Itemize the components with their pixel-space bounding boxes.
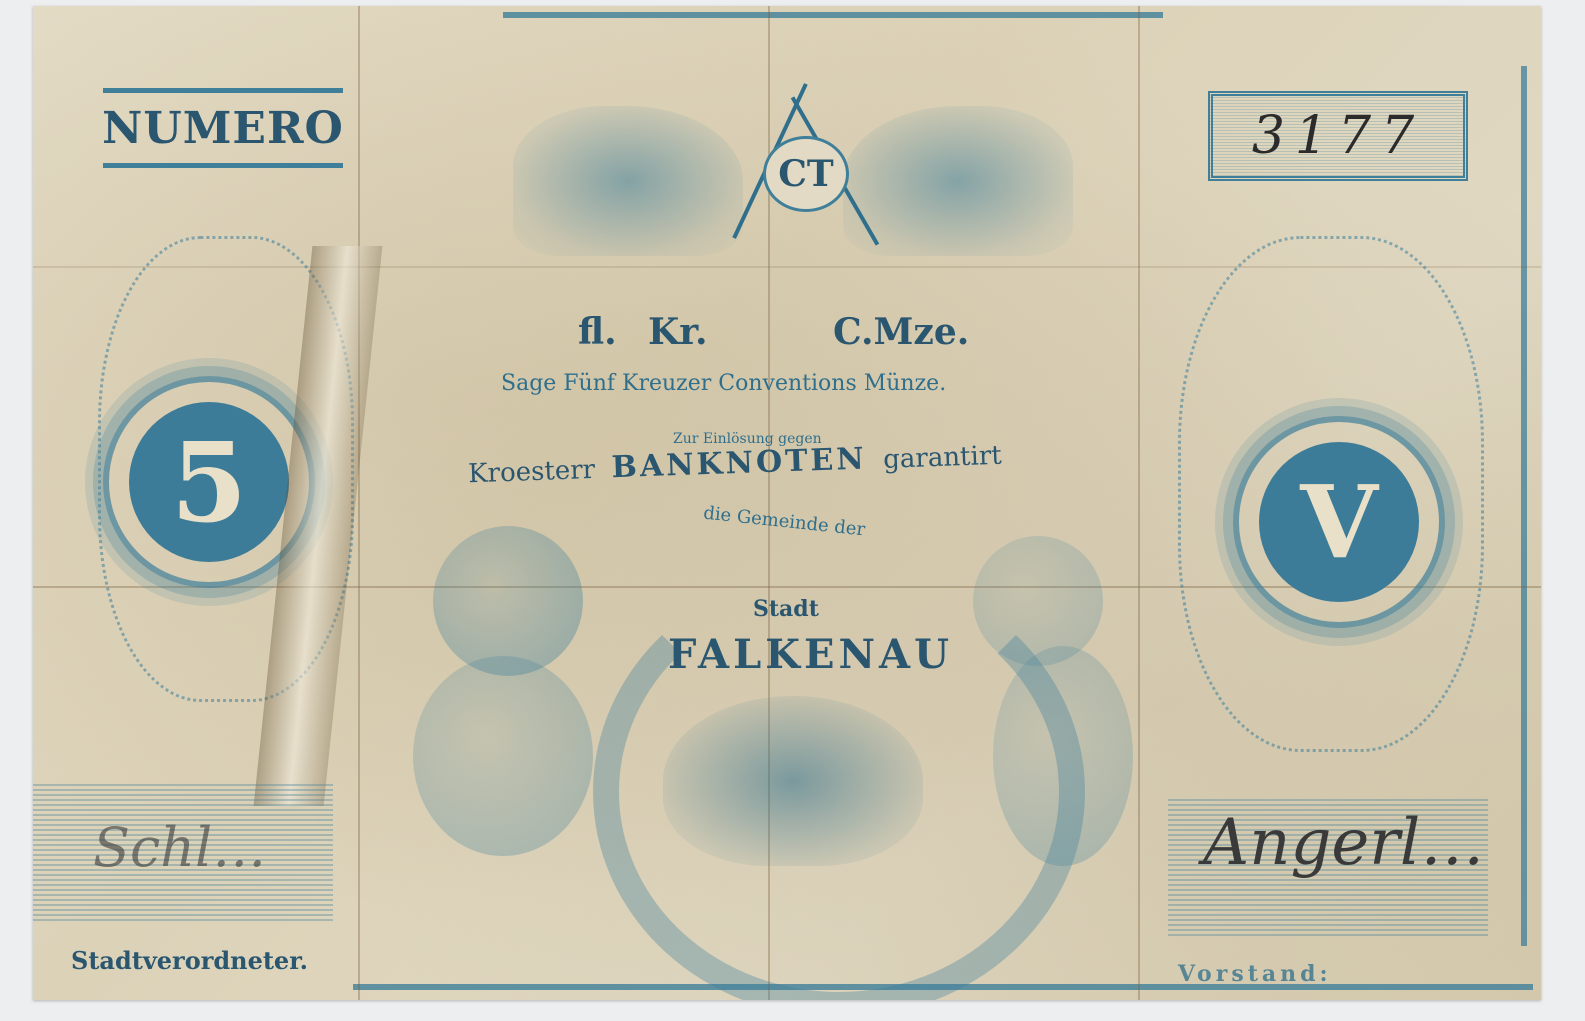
amount-text: Sage Fünf Kreuzer Conventions Münze. [501,371,946,396]
right-cherub-body [993,646,1133,866]
guarantee-left: Kroesterr [468,455,596,489]
banknote: NUMERO 5 Schl… Stadtverordneter. CT fl. … [33,6,1541,1000]
banknoten-label: BANKNOTEN [611,441,867,485]
right-cherub-illustration [973,536,1103,666]
left-cherub-body [413,656,593,856]
crease [358,6,360,1000]
stadt-label: Stadt [753,596,819,622]
serial-number: 3177 [1208,91,1468,181]
guarantee-right: garantirt [883,441,1002,475]
numero-label: NUMERO [103,88,343,168]
kr-label: Kr. [648,311,707,353]
crease [1138,6,1140,1000]
monogram-circle: CT [763,136,849,212]
right-denomination-rosette: V [1233,416,1445,628]
right-border-line [1521,66,1527,946]
issuer-line: die Gemeinde der [702,503,866,541]
barrels-illustration [843,106,1073,256]
cargo-goods-illustration [513,106,743,256]
right-signature: Angerl… [1203,806,1484,880]
denomination-numeral: 5 [129,402,289,562]
fl-label: fl. [578,311,617,353]
top-border-line [503,12,1163,18]
signer-title-right: Vorstand: [1178,961,1332,987]
left-signature: Schl… [93,816,266,879]
eagle-illustration [663,696,923,866]
cmze-label: C.Mze. [833,311,969,353]
trade-vignette: CT [513,76,1073,266]
signer-title-left: Stadtverordneter. [71,946,308,975]
city-name: FALKENAU [668,631,953,678]
denomination-roman: V [1259,442,1419,602]
left-cherub-illustration [433,526,583,676]
